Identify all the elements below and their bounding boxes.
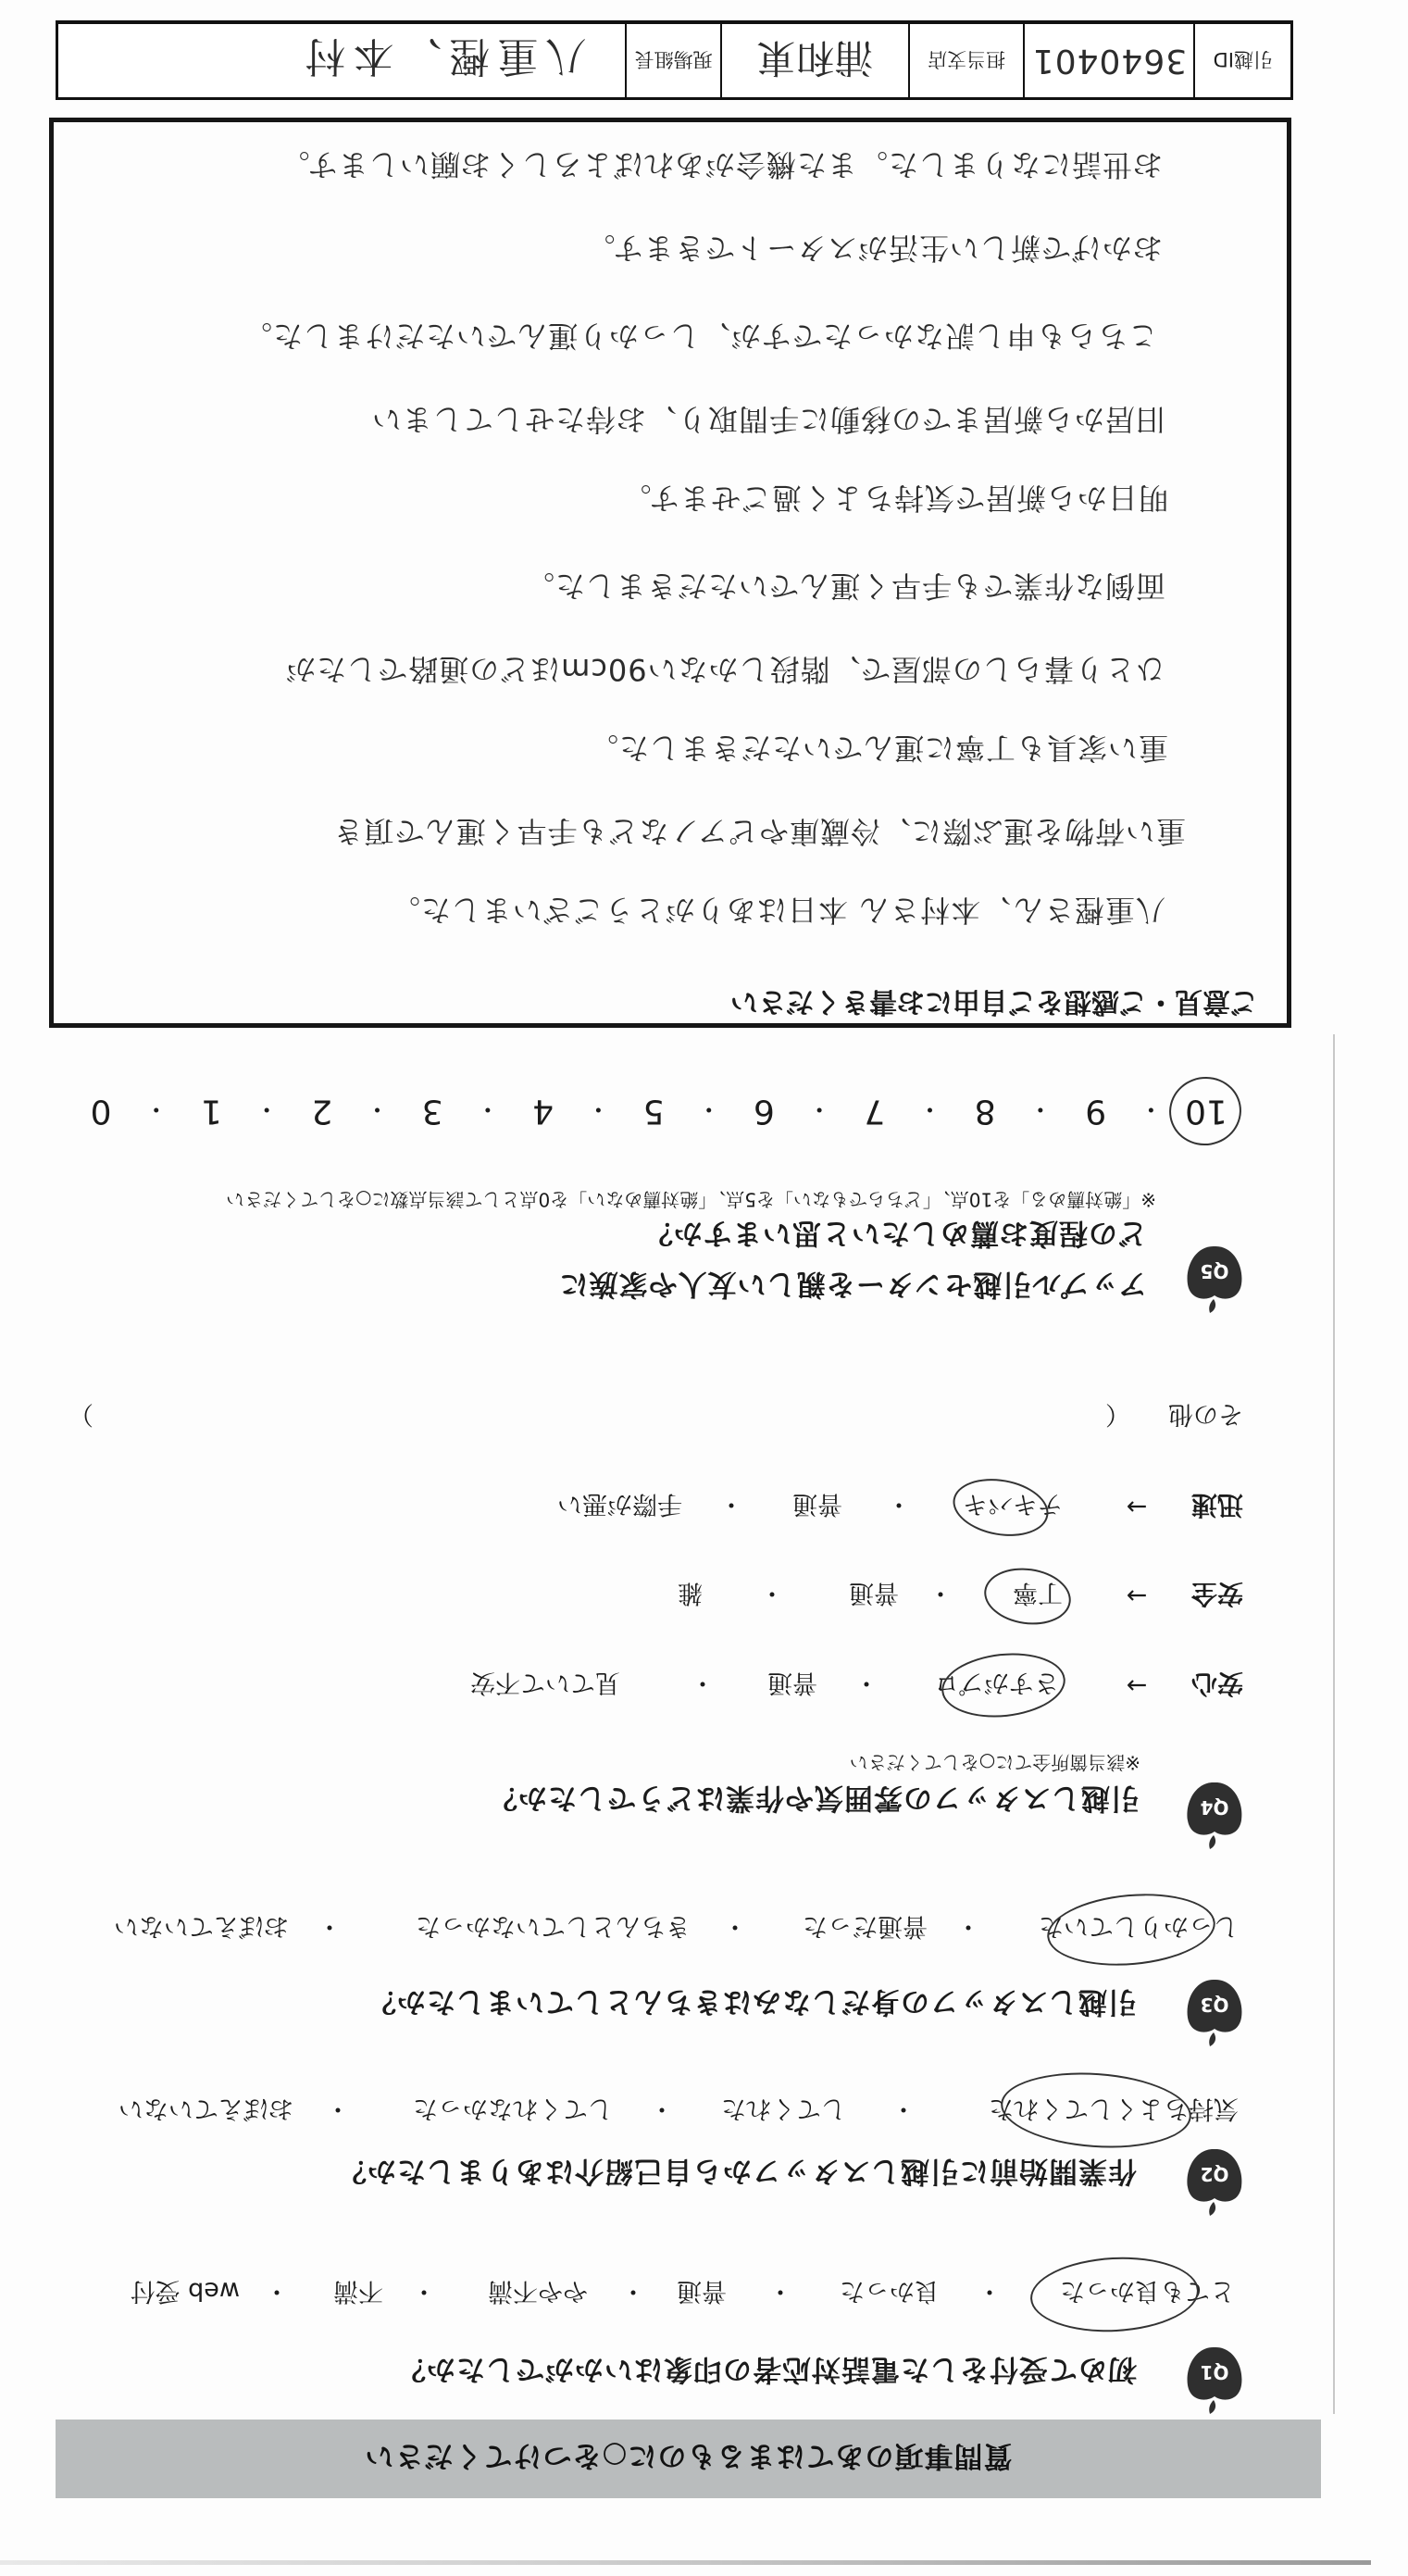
apple-badge-icon: Q5 — [1185, 1244, 1244, 1314]
row-label-jinsoku: 迅速 — [1191, 1488, 1243, 1525]
separator: ・ — [917, 1094, 942, 1130]
row-label-anshin: 安心 — [1191, 1667, 1243, 1704]
selection-mark-q4-jinsoku — [949, 1471, 1053, 1543]
move-id-value: 3640401 — [1032, 42, 1187, 80]
separator: ・ — [760, 1578, 785, 1614]
option-q4-jinsoku-2: 普通 — [792, 1489, 842, 1525]
svg-text:Q2: Q2 — [1201, 2163, 1229, 2185]
separator: ・ — [650, 2094, 675, 2130]
branch-label: 担当支店 — [928, 47, 1005, 75]
selection-mark-q2 — [998, 2067, 1193, 2154]
score-2: 2 — [311, 1093, 332, 1131]
survey-page: 質問事項のあてはまるものに○をつけてください Q1 初めて受付をした電話対応者の… — [0, 0, 1408, 2576]
move-id-label: 引越ID — [1214, 47, 1273, 75]
option-q3-3: きちんとしていなかった — [416, 1911, 691, 1947]
question-text-q5-line2: どの程度お薦めしたいと思いますか？ — [643, 1216, 1147, 1257]
option-q1-4: やや不満 — [488, 2276, 588, 2312]
move-id-label-cell: 引越ID — [1193, 24, 1290, 97]
other-paren-open: （ — [1105, 1399, 1130, 1435]
separator: ・ — [586, 1094, 611, 1130]
score-0: 0 — [91, 1093, 112, 1131]
selection-mark-q3 — [1044, 1887, 1218, 1972]
score-8: 8 — [975, 1093, 996, 1131]
score-5: 5 — [643, 1093, 665, 1131]
handwritten-comment-line: ひとり暮らしの部屋で、階段しかない90cmほどの通路でしたが — [285, 650, 1165, 693]
separator: ・ — [978, 2276, 1003, 2312]
scanned-survey-sheet: 質問事項のあてはまるものに○をつけてください Q1 初めて受付をした電話対応者の… — [0, 0, 1408, 2576]
score-3: 3 — [422, 1093, 443, 1131]
question-text-q1: 初めて受付をした電話対応者の印象はいかがでしたか？ — [396, 2352, 1137, 2394]
selection-mark-q5 — [1164, 1071, 1247, 1151]
apple-badge-icon: Q1 — [1185, 2345, 1244, 2415]
arrow-right-icon: → — [1127, 1582, 1148, 1610]
separator: ・ — [854, 1668, 879, 1704]
leader-label-cell: 現場組長 — [625, 24, 720, 97]
other-label: その他 — [1168, 1399, 1243, 1435]
apple-badge-icon: Q2 — [1185, 2146, 1244, 2217]
svg-text:Q3: Q3 — [1201, 1994, 1229, 2016]
arrow-right-icon: → — [1127, 1671, 1148, 1700]
option-q4-jinsoku-3: 手際が悪い — [557, 1489, 682, 1525]
question-text-q4: 引越しスタッフの雰囲気や作業はどうでしたか？ — [488, 1781, 1140, 1822]
separator: ・ — [621, 2276, 646, 2312]
score-9: 9 — [1085, 1093, 1106, 1131]
leader-label: 現場組長 — [635, 47, 713, 75]
separator: ・ — [768, 2276, 793, 2312]
handwritten-comment-line: おかげで新しい生活がスタートできます。 — [585, 229, 1163, 271]
separator: ・ — [719, 1489, 744, 1525]
comment-title: ご意見・ご感想をご自由にお書きください — [730, 984, 1258, 1025]
handwritten-comment-line: 重い家具も丁寧に運んでいただきました。 — [588, 729, 1168, 771]
question-note-q5: ※「絶対薦める」を10点、「どちらでもない」を5点、「絶対薦めない」を0点として… — [226, 1188, 1156, 1215]
selection-mark-q1 — [1028, 2253, 1201, 2335]
option-q1-5: 不満 — [333, 2276, 383, 2312]
survey-instructions-band: 質問事項のあてはまるものに○をつけてください — [56, 2420, 1321, 2498]
option-q4-anzen-2: 普通 — [849, 1578, 899, 1614]
apple-badge-icon: Q3 — [1185, 1977, 1244, 2047]
option-q4-anzen-3: 雑 — [678, 1578, 703, 1614]
separator: ・ — [891, 2094, 916, 2130]
separator: ・ — [475, 1094, 500, 1130]
separator: ・ — [143, 1094, 168, 1130]
separator: ・ — [723, 1911, 748, 1947]
separator: ・ — [956, 1911, 981, 1947]
handwritten-comment-line: 面倒な作業でも手早く運んでいただきました。 — [524, 567, 1165, 609]
branch-value-cell: 浦和東 — [720, 24, 908, 97]
separator: ・ — [1028, 1094, 1053, 1130]
separator: ・ — [318, 1911, 343, 1947]
score-4: 4 — [532, 1093, 554, 1131]
question-text-q3: 引越しスタッフの身だしなみはきちんとしていましたか？ — [367, 1984, 1137, 2026]
other-paren-close: ） — [69, 1399, 93, 1435]
separator: ・ — [807, 1094, 832, 1130]
handwritten-comment-line: 旧居から新居までの移動に手間取り、お待たせしてしまい — [371, 400, 1165, 443]
selection-mark-q4-anshin — [939, 1647, 1068, 1723]
separator: ・ — [691, 1668, 716, 1704]
score-7: 7 — [864, 1093, 885, 1131]
score-1: 1 — [201, 1093, 222, 1131]
separator: ・ — [265, 2276, 290, 2312]
option-q4-anshin-3: 見ていて不安 — [470, 1668, 620, 1704]
handwritten-comment-line: 八重樫さん、本村さん 本日はありがとうございました。 — [390, 891, 1165, 933]
option-q1-2: 良かった — [840, 2276, 940, 2312]
option-q4-anshin-2: 普通 — [767, 1668, 817, 1704]
separator: ・ — [326, 2094, 351, 2130]
handwritten-comment-line: こちらも申し訳なかったですが、しっかり運んでいただけました。 — [242, 317, 1158, 359]
handwritten-comment-line: 重い荷物を運ぶ際に、冷蔵庫やピアノなども手早く運んで頂き — [333, 812, 1186, 855]
apple-badge-icon: Q4 — [1185, 1780, 1244, 1850]
option-q2-4: おぼえていない — [118, 2094, 293, 2130]
separator: ・ — [412, 2276, 437, 2312]
separator: ・ — [887, 1489, 912, 1525]
handwritten-comment-line: お世話になりました。また機会があればよろしくお願いします。 — [280, 145, 1163, 188]
arrow-right-icon: → — [1127, 1493, 1148, 1521]
separator: ・ — [255, 1094, 280, 1130]
question-note-q4: ※該当箇所全てに○をしてください — [850, 1751, 1140, 1778]
separator: ・ — [696, 1094, 721, 1130]
option-q3-2: 普通だった — [803, 1911, 928, 1947]
svg-text:Q5: Q5 — [1201, 1260, 1229, 1282]
move-id-value-cell: 3640401 — [1023, 24, 1193, 97]
question-text-q2: 作業開始前に引越しスタッフから自己紹介はありましたか？ — [337, 2154, 1137, 2195]
score-6: 6 — [754, 1093, 775, 1131]
selection-mark-q4-anzen — [980, 1563, 1074, 1630]
row-label-anzen: 安全 — [1191, 1577, 1243, 1614]
question-text-q5-line1: アップル引越センターを親しい友人や家族に — [559, 1267, 1147, 1308]
separator: ・ — [365, 1094, 390, 1130]
option-q1-3: 普通 — [677, 2276, 727, 2312]
move-info-table: 引越ID 3640401 担当支店 浦和東 現場組長 八重樫、本村 — [56, 20, 1293, 100]
leader-value: 八重樫、本村 — [297, 31, 586, 91]
option-q3-4: おぼえていない — [114, 1911, 289, 1947]
svg-text:Q4: Q4 — [1201, 1796, 1229, 1819]
svg-text:Q1: Q1 — [1201, 2361, 1229, 2383]
option-q2-3: してくれなかった — [413, 2094, 613, 2130]
option-q2-2: してくれた — [721, 2094, 846, 2130]
scan-edge-line — [0, 2560, 1371, 2565]
separator: ・ — [1139, 1094, 1164, 1130]
separator: ・ — [928, 1578, 953, 1614]
scan-edge-line — [1333, 1034, 1335, 2414]
branch-value: 浦和東 — [756, 33, 873, 89]
leader-value-cell: 八重樫、本村 — [58, 24, 625, 97]
survey-instructions: 質問事項のあてはまるものに○をつけてください — [364, 2438, 1012, 2480]
branch-label-cell: 担当支店 — [908, 24, 1023, 97]
handwritten-comment-line: 明日から新居で気持ちよく過ごせます。 — [621, 479, 1168, 521]
option-q1-6: web 受付 — [131, 2276, 240, 2312]
